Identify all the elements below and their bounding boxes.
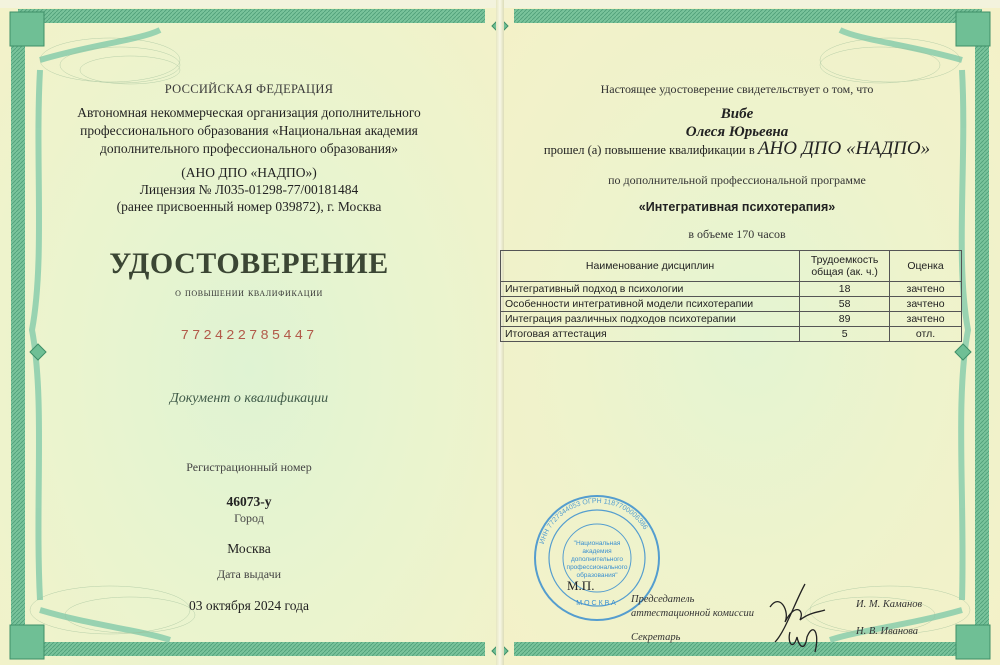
svg-text:МОСКВА: МОСКВА xyxy=(576,600,618,607)
discipline-hours: 58 xyxy=(800,297,890,312)
discipline-hours: 89 xyxy=(800,312,890,327)
org-line: Автономная некоммерческая организация до… xyxy=(0,104,498,122)
issue-date: 03 октября 2024 года xyxy=(0,598,498,614)
header-grade: Оценка xyxy=(890,251,962,282)
completion-org: АНО ДПО «НАДПО» xyxy=(758,138,930,159)
discipline-name: Итоговая аттестация xyxy=(501,327,800,342)
org-short-name: (АНО ДПО «НАДПО») xyxy=(0,164,498,181)
discipline-name: Особенности интегративной модели психоте… xyxy=(501,297,800,312)
disciplines-table: Наименование дисциплин Трудоемкость обща… xyxy=(500,250,962,342)
certificate-intro: Настоящее удостоверение свидетельствует … xyxy=(502,82,972,97)
document-subtitle: о повышении квалификации xyxy=(0,287,498,299)
svg-text:дополнительного: дополнительного xyxy=(571,556,623,563)
program-name: «Интегративная психотерапия» xyxy=(502,200,972,214)
discipline-grade: зачтено xyxy=(890,282,962,297)
license-number: Лицензия № Л035-01298-77/00181484 xyxy=(0,181,498,198)
serial-number: 772422785447 xyxy=(0,328,498,344)
header-hours: Трудоемкость общая (ак. ч.) xyxy=(800,251,890,282)
city-value: Москва xyxy=(0,541,498,557)
completion-statement: прошел (а) повышение квалификации в АНО … xyxy=(502,138,972,160)
document-title: УДОСТОВЕРЕНИЕ xyxy=(0,247,498,281)
svg-text:"Национальная: "Национальная xyxy=(574,540,621,547)
license-previous: (ранее присвоенный номер 039872), г. Мос… xyxy=(0,198,498,215)
discipline-grade: зачтено xyxy=(890,312,962,327)
org-line: дополнительного профессионального образо… xyxy=(0,140,498,158)
discipline-name: Интеграция различных подходов психотерап… xyxy=(501,312,800,327)
svg-text:профессионального: профессионального xyxy=(567,564,628,571)
discipline-grade: отл. xyxy=(890,327,962,342)
table-row: Интегративный подход в психологии 18 зач… xyxy=(501,282,962,297)
table-row: Интеграция различных подходов психотерап… xyxy=(501,312,962,327)
discipline-name: Интегративный подход в психологии xyxy=(501,282,800,297)
secretary-role: Секретарь xyxy=(631,632,680,643)
header-discipline: Наименование дисциплин xyxy=(501,251,800,282)
document-type: Документ о квалификации xyxy=(0,391,498,407)
program-volume: в объеме 170 часов xyxy=(502,227,972,242)
signature-icon xyxy=(765,582,845,657)
organization-name: Автономная некоммерческая организация до… xyxy=(0,104,498,158)
registration-number: 46073-у xyxy=(0,494,498,510)
holder-surname: Вибе xyxy=(502,106,972,123)
discipline-hours: 5 xyxy=(800,327,890,342)
license-block: (АНО ДПО «НАДПО») Лицензия № Л035-01298-… xyxy=(0,164,498,215)
stamp-place-label: М.П. xyxy=(567,578,594,594)
discipline-grade: зачтено xyxy=(890,297,962,312)
country-heading: РОССИЙСКАЯ ФЕДЕРАЦИЯ xyxy=(0,82,498,97)
table-row: Особенности интегративной модели психоте… xyxy=(501,297,962,312)
secretary-name: Н. В. Иванова xyxy=(856,626,918,637)
left-page-content: РОССИЙСКАЯ ФЕДЕРАЦИЯ Автономная некоммер… xyxy=(0,0,498,665)
table-header-row: Наименование дисциплин Трудоемкость обща… xyxy=(501,251,962,282)
issue-date-label: Дата выдачи xyxy=(0,567,498,582)
table-row: Итоговая аттестация 5 отл. xyxy=(501,327,962,342)
chairman-name: И. М. Каманов xyxy=(856,599,922,610)
svg-text:ИНН 7727344053 ОГРН 1187700006: ИНН 7727344053 ОГРН 1187700006386 xyxy=(539,498,649,545)
program-intro: по дополнительной профессиональной прогр… xyxy=(502,173,972,188)
completion-text: прошел (а) повышение квалификации в xyxy=(544,143,755,157)
svg-text:академия: академия xyxy=(582,548,612,555)
registration-label: Регистрационный номер xyxy=(0,460,498,475)
org-line: профессионального образования «Националь… xyxy=(0,122,498,140)
chairman-role: Председатель аттестационной комиссии xyxy=(631,593,754,621)
discipline-hours: 18 xyxy=(800,282,890,297)
role-line: Председатель xyxy=(631,593,754,607)
role-line: аттестационной комиссии xyxy=(631,607,754,621)
city-label: Город xyxy=(0,511,498,526)
